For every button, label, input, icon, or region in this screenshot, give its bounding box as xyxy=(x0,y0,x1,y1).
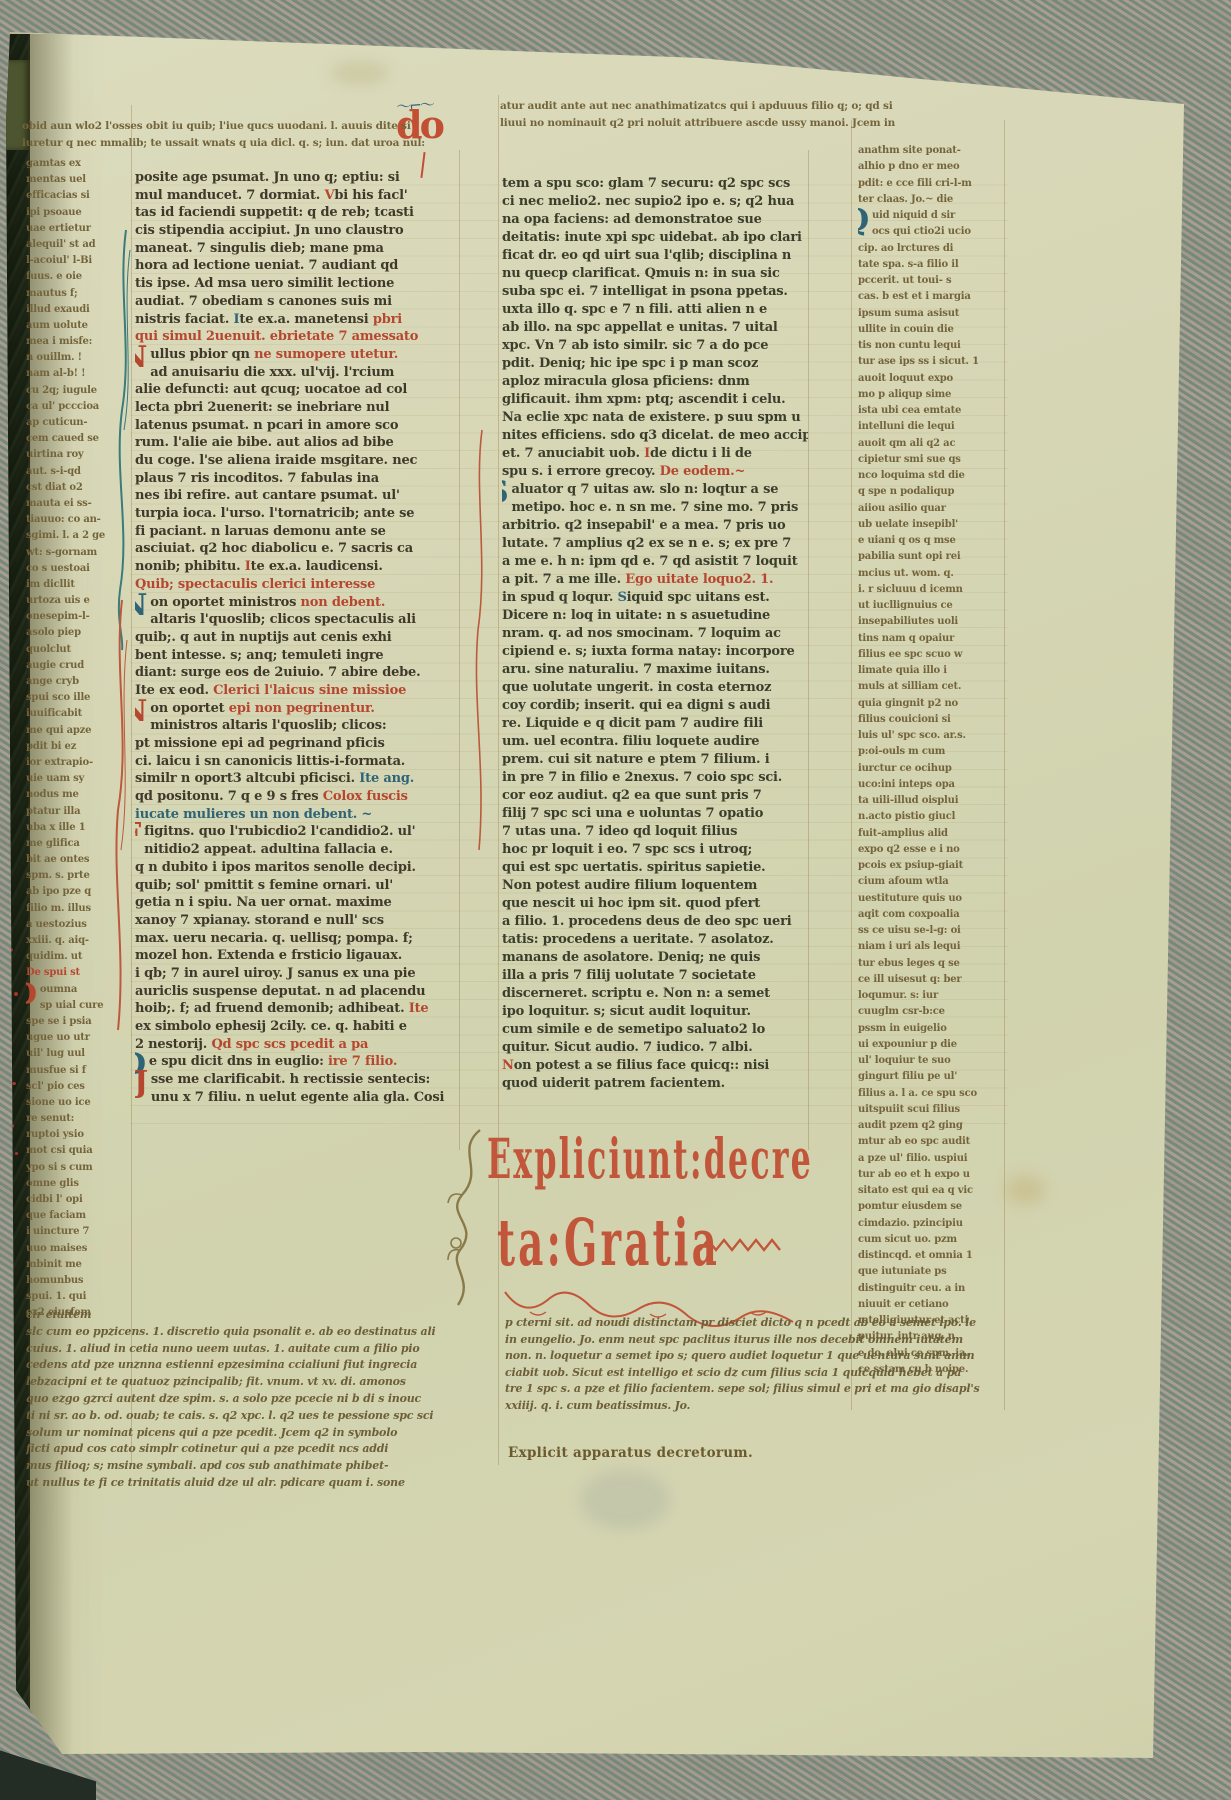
text-line: bent intesse. s; anq; temuleti ingre xyxy=(135,648,459,666)
text-line: tur ebus leges q se xyxy=(858,958,1008,974)
text-line: sgimi. l. a 2 ge xyxy=(26,530,124,546)
text-line: turpia ioca. l'urso. l'tornatricib; ante… xyxy=(135,506,459,524)
illuminated-initial: S xyxy=(502,480,508,506)
ink-text: similr n oport3 altcubi pficisci. xyxy=(135,771,359,786)
text-line: mentas uel xyxy=(26,174,124,190)
text-line: mbinit me xyxy=(26,1259,124,1275)
penwork-cascade-center xyxy=(470,430,494,850)
text-line: alie defuncti: aut qcuq; uocatoe ad col xyxy=(135,382,459,400)
rubric-text: ire 7 filio. xyxy=(328,1054,397,1069)
red-zigzag-filler xyxy=(700,1236,780,1254)
text-line: distincqd. et omnia 1 xyxy=(858,1250,1008,1266)
text-line: mul manducet. 7 dormiat. Vbi his facl' xyxy=(135,188,459,206)
explicit-line-1: Expliciunt:decre xyxy=(487,1128,813,1192)
illuminated-initial: N xyxy=(135,345,147,371)
text-line: filius a. l a. ce spu sco xyxy=(858,1088,1008,1104)
rubric-text: De eodem.~ xyxy=(660,464,746,479)
ink-text: 2 nestorij. xyxy=(135,1037,211,1052)
text-line: pt missione epi ad pegrinand pficis xyxy=(135,736,459,754)
text-line: niuuit er cetiano xyxy=(858,1299,1008,1315)
text-line: um. uel econtra. filiu loquete audire xyxy=(502,734,808,752)
text-line: muls at silliam cet. xyxy=(858,681,1008,697)
rubric-text: De spui st xyxy=(26,967,80,978)
text-line: wt: s-gornam xyxy=(26,547,124,563)
text-line: De spu dicit dns in euglio: ire 7 filio. xyxy=(135,1054,459,1072)
text-line: l-acoiul' l-Bi xyxy=(26,255,124,271)
text-line: cis stipendia accipiut. Jn uno claustro xyxy=(135,223,459,241)
ink-text: te ex.a. manetensi xyxy=(239,312,372,327)
explicit-line-2: ta:Gratia xyxy=(497,1204,720,1281)
text-line: aum uolute xyxy=(26,320,124,336)
text-line: cidbi l' opi xyxy=(26,1194,124,1210)
text-line: auoit qm ali q2 ac xyxy=(858,438,1008,454)
text-line: ciabit uob. Sicut est intelligo et scio … xyxy=(505,1366,1007,1383)
text-line: ruptoi ysio xyxy=(26,1129,124,1145)
bottom-left-note: cir eiuitemslc cum eo ppzicens. 1. discr… xyxy=(26,1308,446,1493)
text-line: ista ubi cea emtate xyxy=(858,405,1008,421)
text-line: aqit com coxpoalia xyxy=(858,909,1008,925)
text-line: audiat. 7 obediam s canones suis mi xyxy=(135,294,459,312)
text-line: Quid niquid d sir xyxy=(858,210,1008,226)
text-line: cedens atd pze unznna estienni epzesimin… xyxy=(26,1358,446,1375)
text-line: max. ueru necaria. q. uellisq; pompa. f; xyxy=(135,931,459,949)
rubric-text: Qd spc scs pcedit a pa xyxy=(211,1037,368,1052)
text-line: cuius. 1. aliud in cetia nuno ueem uutas… xyxy=(26,1342,446,1359)
text-line: xanoy 7 xpianay. storand e null' scs xyxy=(135,913,459,931)
text-line: uco:ini inteps opa xyxy=(858,779,1008,795)
rubric-text: epi non pegrinentur. xyxy=(229,701,375,716)
text-line: lebzacipni et te quatuoz pzincipalib; fi… xyxy=(26,1375,446,1392)
text-line: que iutuniate ps xyxy=(858,1266,1008,1282)
rubric-text: qui simul 2uenuit. ebrietate 7 amessato xyxy=(135,329,418,344)
text-line: pomtur eiusdem se xyxy=(858,1201,1008,1217)
red-edge-speck xyxy=(15,1152,18,1155)
text-line: que faciam xyxy=(26,1210,124,1226)
ink-text: te ex.a. laudicensi. xyxy=(251,559,383,574)
text-line: musfue si f xyxy=(26,1065,124,1081)
text-line: pdit: e cce fili cri-l-m xyxy=(858,178,1008,194)
text-line: iurctur ce ocihup xyxy=(858,763,1008,779)
text-line: ap cuticun- xyxy=(26,417,124,433)
ink-text: oumna xyxy=(40,984,77,995)
text-line: solum ur nominat picens qui a pze pcedit… xyxy=(26,1426,446,1443)
text-line: qui simul 2uenuit. ebrietate 7 amessato xyxy=(135,329,459,347)
text-line: pcois ex psiup-giait xyxy=(858,860,1008,876)
stain xyxy=(580,1470,670,1530)
text-line: aut. s-i-qd xyxy=(26,466,124,482)
text-line: tas id faciendi suppetit: q de reb; tcas… xyxy=(135,205,459,223)
blue-text: iucate mulieres un non debent. ~ xyxy=(135,807,372,822)
text-line: ad anuisariu die xxx. ul'vij. l'rcium xyxy=(135,365,459,383)
rubric-text: V xyxy=(324,188,334,203)
rubric-text: Clerici l'laicus sine missioe xyxy=(213,683,406,698)
text-line: Non oportet epi non pegrinentur. xyxy=(135,701,459,719)
text-line: aploz miracula glosa pficiens: dnm xyxy=(502,374,808,392)
text-line: i qb; 7 in aurel uiroy. J sanus ex una p… xyxy=(135,966,459,984)
ink-text: et. 7 anuciabit uob. xyxy=(502,446,644,461)
text-line: mauta ei ss- xyxy=(26,498,124,514)
ink-text: spu s. i errore grecoy. xyxy=(502,464,660,479)
text-line: tem a spu sco: glam 7 securu: q2 spc scs xyxy=(502,176,808,194)
illuminated-initial: J xyxy=(135,1070,148,1096)
ink-text: on potest a se filius face quicq:: nisi xyxy=(514,1058,770,1073)
text-line: mus filioq; s; msine symbali. apd cos su… xyxy=(26,1459,446,1476)
rubric-text: Ego uitate loquo2. 1. xyxy=(625,572,773,587)
text-line: i uincture 7 xyxy=(26,1226,124,1242)
text-line: loqumur. s: iur xyxy=(858,990,1008,1006)
text-line: efficacias si xyxy=(26,190,124,206)
ink-text: aluator q 7 uitas aw. slo n: loqtur a se xyxy=(511,482,778,497)
text-column-b: tem a spu sco: glam 7 securu: q2 spc scs… xyxy=(502,176,808,1094)
red-edge-speck xyxy=(12,1082,16,1085)
text-line: nistris faciat. Ite ex.a. manetensi pbri xyxy=(135,312,459,330)
text-line: n ouillm. ! xyxy=(26,352,124,368)
text-line: arbitrio. q2 insepabil' e a mea. 7 pris … xyxy=(502,518,808,536)
text-line: lutate. 7 amplius q2 ex se n e. s; ex pr… xyxy=(502,536,808,554)
text-line: pabilia sunt opi rei xyxy=(858,551,1008,567)
text-line: e uiani q os q mse xyxy=(858,535,1008,551)
text-line: Quib; spectaculis clerici interesse xyxy=(135,577,459,595)
text-line: getia n i spiu. Na uer ornat. maxime xyxy=(135,895,459,913)
ink-text: uid niquid d sir xyxy=(872,210,955,221)
text-line: quo ezgo gzrci autent dze spim. s. a sol… xyxy=(26,1392,446,1409)
text-line: alhio p dno er meo xyxy=(858,161,1008,177)
ruling-vertical xyxy=(808,150,809,1150)
text-line: im dicllit xyxy=(26,579,124,595)
text-line: pccerit. ut toui- s xyxy=(858,275,1008,291)
text-line: pssm in euigelio xyxy=(858,1023,1008,1039)
ink-text: sse me clarificabit. h rectissie senteci… xyxy=(151,1072,430,1087)
text-line: nites efficiens. sdo q3 dicelat. de meo … xyxy=(502,428,808,446)
manuscript-page: 9a·b 7 336 346 〜⌐〜 do obid aun wlo2 l'os… xyxy=(0,0,1231,1800)
text-line: hora ad lectione ueniat. 7 audiant qd xyxy=(135,258,459,276)
text-line: luis ul' spc sco. ar.s. xyxy=(858,730,1008,746)
text-line: aiiou asilio quar xyxy=(858,503,1008,519)
text-line: fi paciant. n laruas demonu ante se xyxy=(135,524,459,542)
text-line: latenus psumat. n pcari in amore sco xyxy=(135,418,459,436)
text-line: uae ertietur xyxy=(26,223,124,239)
text-line: ss ce uisu se-l-g: oi xyxy=(858,925,1008,941)
ink-text: iquid spc uitans est. xyxy=(627,590,770,605)
text-line: quitur. Sicut audio. 7 iudico. 7 albi. xyxy=(502,1040,808,1058)
text-line: limate quia illo i xyxy=(858,665,1008,681)
ink-text: figitns. quo l'rubicdio2 l'candidio2. ul… xyxy=(144,824,415,839)
text-line: aru. sine naturaliu. 7 maxime iuitans. xyxy=(502,662,808,680)
text-line: auriclis suspense deputat. n ad placendu xyxy=(135,984,459,1002)
text-line: cipiend e. s; iuxta forma natay: incorpo… xyxy=(502,644,808,662)
top-gloss-right: atur audit ante aut nec anathimatizatcs … xyxy=(500,100,1096,134)
illuminated-initial: D xyxy=(26,982,37,1008)
text-line: ministros altaris l'quoslib; clicos: xyxy=(135,718,459,736)
text-column-a: posite age psumat. Jn uno q; eptiu: simu… xyxy=(135,170,459,1107)
text-line: co s uestoai xyxy=(26,563,124,579)
ink-text: nonib; phibitu. xyxy=(135,559,245,574)
text-line: coy cordib; inserit. qui ea digni s audi xyxy=(502,698,808,716)
text-line: intelluni die lequi xyxy=(858,421,1008,437)
text-line: nram. q. ad nos smocinam. 7 loquim ac xyxy=(502,626,808,644)
rubric-text: Ite xyxy=(409,1001,429,1016)
text-line: expo q2 esse e i no xyxy=(858,844,1008,860)
text-line: discerneret. scriptu e. Non n: a semet xyxy=(502,986,808,1004)
text-line: cum sicut uo. pzm xyxy=(858,1234,1008,1250)
ink-text: bi his facl' xyxy=(334,188,407,203)
blue-flourish: 〜⌐〜 xyxy=(396,92,457,110)
text-line: nco loquima std die xyxy=(858,470,1008,486)
text-line: tre 1 spc s. a pze et filio facientem. s… xyxy=(505,1382,1007,1399)
text-line: prem. cui sit nature e ptem 7 filium. i xyxy=(502,752,808,770)
illuminated-initial: N xyxy=(135,699,147,725)
text-line: p:oi-ouls m cum xyxy=(858,746,1008,762)
text-line: ter claas. Jo.~ die xyxy=(858,194,1008,210)
text-line: metipo. hoc e. n sn me. 7 sine mo. 7 pri… xyxy=(502,500,808,518)
text-line: ul' loquiur te suo xyxy=(858,1055,1008,1071)
text-line: qui est spc uertatis. spiritus sapietie. xyxy=(502,860,808,878)
text-line: ca ul' pcccioa xyxy=(26,401,124,417)
text-line: xpc. Vn 7 ab isto similr. sic 7 a do pce xyxy=(502,338,808,356)
text-line: insepabiliutes uoli xyxy=(858,616,1008,632)
ink-text: nistris faciat. xyxy=(135,312,234,327)
text-line: mcius ut. wom. q. xyxy=(858,568,1008,584)
text-line: glificauit. ihm xpm: ptq; ascendit i cel… xyxy=(502,392,808,410)
text-line: iucate mulieres un non debent. ~ xyxy=(135,807,459,825)
ruling-vertical xyxy=(851,120,852,1410)
text-line: sitato est qui ea q vic xyxy=(858,1185,1008,1201)
rubric-text: pbri xyxy=(373,312,402,327)
text-line: ci. laicu i sn canonicis littis-i-format… xyxy=(135,754,459,772)
text-line: ut iucllignuius ce xyxy=(858,600,1008,616)
illuminated-initial: F xyxy=(135,822,141,848)
text-line: auoit loquut expo xyxy=(858,373,1008,389)
text-line: cium afoum wtla xyxy=(858,876,1008,892)
text-line: similr n oport3 altcubi pficisci. Ite an… xyxy=(135,771,459,789)
text-line: in spud q loqur. Siquid spc uitans est. xyxy=(502,590,808,608)
text-line: ex simbolo ephesij 2cily. ce. q. habiti … xyxy=(135,1019,459,1037)
text-line: hoc pr loquit i eo. 7 spc scs i utroq; xyxy=(502,842,808,860)
text-line: cimdazio. pzincipiu xyxy=(858,1218,1008,1234)
ruling-vertical xyxy=(459,150,460,1150)
text-line: tur ab eo et h expo u xyxy=(858,1169,1008,1185)
text-line: cip. ao lrctures di xyxy=(858,243,1008,259)
right-marginal-gloss: anathm site ponat-alhio p dno er meopdit… xyxy=(858,145,1008,1380)
text-line: re senut: xyxy=(26,1113,124,1129)
text-line: ficat dr. eo qd uirt sua l'qlib; discipl… xyxy=(502,248,808,266)
text-line: cipietur smi sue qs xyxy=(858,454,1008,470)
text-line: homunbus xyxy=(26,1275,124,1291)
text-line: cas. b est et i margia xyxy=(858,291,1008,307)
rubric-text: Colox fuscis xyxy=(323,789,408,804)
rubric-text: N xyxy=(502,1058,514,1073)
text-line: uuo maises xyxy=(26,1243,124,1259)
text-line: na opa faciens: ad demonstratoe sue xyxy=(502,212,808,230)
text-line: filij 7 spc sci una e uoluntas 7 opatio xyxy=(502,806,808,824)
text-line: ui expouniur p die xyxy=(858,1039,1008,1055)
text-line: mautus f; xyxy=(26,288,124,304)
text-line: fuus. e oie xyxy=(26,271,124,287)
text-line: ipo loquitur. s; sicut audit loquitur. xyxy=(502,1004,808,1022)
text-line: cir eiuitem xyxy=(26,1308,446,1325)
text-line: iuretur q nec mmalib; te ussait wnats q … xyxy=(22,137,444,154)
text-line: mozel hon. Extenda e frsticio ligauax. xyxy=(135,948,459,966)
text-line: et. 7 anuciabit uob. Ide dictu i li de xyxy=(502,446,808,464)
text-line: ipi psoaue xyxy=(26,207,124,223)
text-line: quib;. q aut in nuptijs aut cenis exhi xyxy=(135,630,459,648)
text-line: p cterni sit. ad noudi distinctam pr dis… xyxy=(505,1316,1007,1333)
text-line: ficti apud cos cato simplr cotinetur qui… xyxy=(26,1442,446,1459)
text-line: suba spc ei. 7 intelligat in psona ppeta… xyxy=(502,284,808,302)
text-line: distinguitr ceu. a in xyxy=(858,1283,1008,1299)
text-line: unu x 7 filiu. n uelut egente alia gla. … xyxy=(135,1090,459,1108)
text-line: alequil' st ad xyxy=(26,239,124,255)
text-line: ce ill uisesut q: ber xyxy=(858,974,1008,990)
text-line: tis ipse. Ad msa uero similit lectione xyxy=(135,276,459,294)
text-line: que uolutate ungerit. in costa eternoz xyxy=(502,680,808,698)
text-line: tis non cuntu lequi xyxy=(858,340,1008,356)
text-line: Na eclie xpc nata de existere. p suu spm… xyxy=(502,410,808,428)
text-line: anathm site ponat- xyxy=(858,145,1008,161)
text-line: illud exaudi xyxy=(26,304,124,320)
text-line: spu s. i errore grecoy. De eodem.~ xyxy=(502,464,808,482)
bottom-right-note: p cterni sit. ad noudi distinctam pr dis… xyxy=(505,1316,1007,1416)
text-line: Non potest audire filium loquentem xyxy=(502,878,808,896)
text-line: uitspuiit scui filius xyxy=(858,1104,1008,1120)
text-line: fuit-amplius alid xyxy=(858,828,1008,844)
ink-text: ullus pbior qn xyxy=(150,347,254,362)
text-line: Dicere n: loq in uitate: n s asuetudine xyxy=(502,608,808,626)
ink-text: qd positonu. 7 q e 9 s fres xyxy=(135,789,323,804)
text-line: 7 utas una. 7 ideo qd loquit filius xyxy=(502,824,808,842)
text-line: q spe n podaliqup xyxy=(858,486,1008,502)
text-line: obid aun wlo2 l'osses obit iu quib; l'iu… xyxy=(22,120,444,137)
text-line: Jsse me clarificabit. h rectissie sentec… xyxy=(135,1072,459,1090)
text-line: omne glis xyxy=(26,1178,124,1194)
ink-text: Ite ex eod. xyxy=(135,683,213,698)
text-line: a me e. h n: ipm qd e. 7 qd asistit 7 lo… xyxy=(502,554,808,572)
text-line: mea i misfe: xyxy=(26,336,124,352)
text-line: uirtina roy xyxy=(26,449,124,465)
text-line: deitatis: inute xpi spc uidebat. ab ipo … xyxy=(502,230,808,248)
text-line: spui. 1. qui xyxy=(26,1291,124,1307)
text-line: a filio. 1. procedens deus de deo spc ue… xyxy=(502,914,808,932)
text-line: cuuglm csr-b:ce xyxy=(858,1006,1008,1022)
text-line: mo p aliqup sime xyxy=(858,389,1008,405)
text-line: a pze ul' filio. uspiui xyxy=(858,1153,1008,1169)
text-line: ullite in couin die xyxy=(858,324,1008,340)
text-line: tins nam q opaiur xyxy=(858,633,1008,649)
ink-text: on oportet xyxy=(150,701,229,716)
top-gloss-left: obid aun wlo2 l'osses obit iu quib; l'iu… xyxy=(22,120,444,154)
colophon: Explicit apparatus decretorum. xyxy=(508,1445,753,1461)
text-line: ypo si s cum xyxy=(26,1162,124,1178)
text-line: quod uiderit patrem facientem. xyxy=(502,1076,808,1094)
ink-text: in spud q loqur. xyxy=(502,590,617,605)
ink-text: de dictu i li de xyxy=(650,446,752,461)
text-line: ub uelate insepibl' xyxy=(858,519,1008,535)
text-line: nes ibi refire. aut cantare psumat. ul' xyxy=(135,488,459,506)
ink-text: hoib;. f; ad fruend demonib; adhibeat. xyxy=(135,1001,409,1016)
text-line: liuui no nominauit q2 pri noluit attribu… xyxy=(500,117,1096,134)
text-line: Nullus pbior qn ne sumopere utetur. xyxy=(135,347,459,365)
text-line: cu 2q; iugule xyxy=(26,385,124,401)
blue-text: Ite ang. xyxy=(359,771,414,786)
text-line: cem caued se xyxy=(26,433,124,449)
text-line: du coge. l'se aliena iraide msgitare. ne… xyxy=(135,453,459,471)
rubric-text: non debent. xyxy=(301,595,386,610)
illuminated-initial: N xyxy=(135,593,147,619)
text-line: nonib; phibitu. Ite ex.a. laudicensi. xyxy=(135,559,459,577)
text-line: sione uo ice xyxy=(26,1097,124,1113)
text-line: Non oportet ministros non debent. xyxy=(135,595,459,613)
penwork-cascade-red xyxy=(110,600,136,1030)
illuminated-initial: Q xyxy=(858,208,869,234)
text-line: hoib;. f; ad fruend demonib; adhibeat. I… xyxy=(135,1001,459,1019)
text-line: ti ni sr. ao b. od. ouab; te cais. s. q2… xyxy=(26,1409,446,1426)
text-line: mtur ab eo spc audit xyxy=(858,1136,1008,1152)
text-line: posite age psumat. Jn uno q; eptiu: si xyxy=(135,170,459,188)
text-line: niam i uri als lequi xyxy=(858,941,1008,957)
text-line: filius couicioni si xyxy=(858,714,1008,730)
text-line: audit pzem q2 ging xyxy=(858,1120,1008,1136)
text-line: asciuiat. q2 hoc diabolicu e. 7 sacris c… xyxy=(135,541,459,559)
ink-text: mul manducet. 7 dormiat. xyxy=(135,188,324,203)
text-line: 2 nestorij. Qd spc scs pcedit a pa xyxy=(135,1037,459,1055)
ink-text: a pit. 7 a me ille. xyxy=(502,572,625,587)
text-line: uil' lug uul xyxy=(26,1048,124,1064)
text-line: gingurt filiu pe ul' xyxy=(858,1071,1008,1087)
text-line: tatis: procedens a ueritate. 7 asolatoz. xyxy=(502,932,808,950)
text-line: ta uili-illud oisplui xyxy=(858,795,1008,811)
text-line: quia gingnit p2 no xyxy=(858,698,1008,714)
text-line: xxiiij. q. i. cum beatissimus. Jo. xyxy=(505,1399,1007,1416)
text-line: manans de asolatore. Deniq; ne quis xyxy=(502,950,808,968)
text-line: lecta pbri 2uenerit: se inebriare nul xyxy=(135,400,459,418)
stain xyxy=(1005,1175,1045,1205)
text-line: a pit. 7 a me ille. Ego uitate loquo2. 1… xyxy=(502,572,808,590)
text-line: diant: surge eos de 2uiuio. 7 abire debe… xyxy=(135,665,459,683)
text-line: non. n. loquetur a semet ipo s; quero au… xyxy=(505,1349,1007,1366)
text-line: q n dubito i ipos maritos senolle decipi… xyxy=(135,860,459,878)
text-line: ci nec melio2. nec supio2 ipo e. s; q2 h… xyxy=(502,194,808,212)
text-line: ut nullus te fi ce trinitatis aluid dze … xyxy=(26,1476,446,1493)
text-line: gamtas ex xyxy=(26,158,124,174)
text-line: Ite ex eod. Clerici l'laicus sine missio… xyxy=(135,683,459,701)
text-line: tiauuo: co an- xyxy=(26,514,124,530)
text-line: ugue uo utr xyxy=(26,1032,124,1048)
text-line: uxta illo q. spc e 7 n fili. atti alien … xyxy=(502,302,808,320)
text-line: quib; sol' pmittit s femine ornari. ul' xyxy=(135,878,459,896)
text-line: ab illo. na spc appellat e unitas. 7 uit… xyxy=(502,320,808,338)
text-line: ipsum suma asisut xyxy=(858,308,1008,324)
text-line: illa a pris 7 filij uolutate 7 societate xyxy=(502,968,808,986)
text-line: in pre 7 in filio e 2nexus. 7 coio spc s… xyxy=(502,770,808,788)
text-line: ocs qui ctio2i ucio xyxy=(858,226,1008,242)
text-line: nitidio2 appeat. adultina fallacia e. xyxy=(135,842,459,860)
text-line: rum. l'alie aie bibe. aut alios ad bibe xyxy=(135,435,459,453)
text-line: filius ee spc scuo w xyxy=(858,649,1008,665)
text-line: que nescit ui hoc ipm sit. quod pfert xyxy=(502,896,808,914)
text-line: Saluator q 7 uitas aw. slo n: loqtur a s… xyxy=(502,482,808,500)
text-line: tate spa. s-a filio il xyxy=(858,259,1008,275)
text-line: cum simile e de semetipo saluato2 lo xyxy=(502,1022,808,1040)
text-line: Non potest a se filius face quicq:: nisi xyxy=(502,1058,808,1076)
text-line: uestituture quis uo xyxy=(858,893,1008,909)
text-line: plaus 7 ris incoditos. 7 fabulas ina xyxy=(135,471,459,489)
rubric-text: Quib; spectaculis clerici interesse xyxy=(135,577,375,592)
text-line: i. r sicluuu d icemn xyxy=(858,584,1008,600)
rubric-text: ne sumopere utetur. xyxy=(254,347,398,362)
text-line: in eungelio. Jo. enm neut spc paclitus i… xyxy=(505,1333,1007,1350)
text-line: Ffigitns. quo l'rubicdio2 l'candidio2. u… xyxy=(135,824,459,842)
text-line: scl' pio ces xyxy=(26,1081,124,1097)
